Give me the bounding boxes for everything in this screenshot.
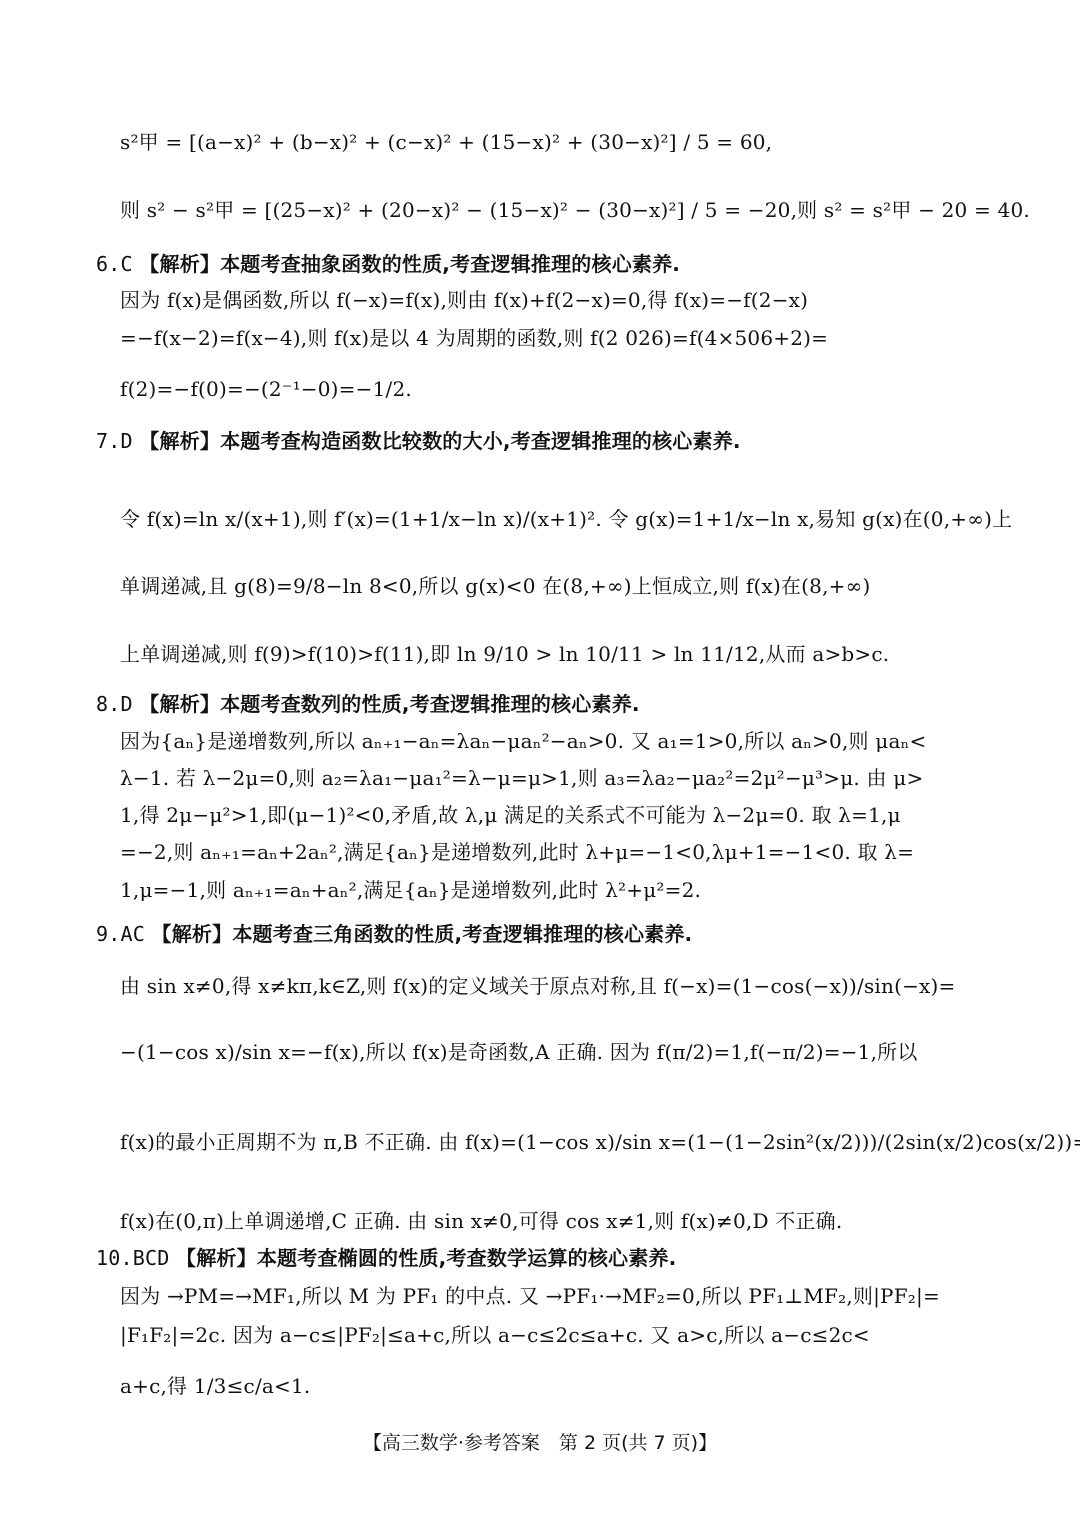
answer-7-heading: 7.D 【解析】本题考查构造函数比较数的大小,考查逻辑推理的核心素养. [96, 427, 741, 455]
answer-8-line-4: =−2,则 aₙ₊₁=aₙ+2aₙ²,满足{aₙ}是递增数列,此时 λ+μ=−1… [120, 838, 914, 866]
answer-10-line-1: 因为 →PM=→MF₁,所以 M 为 PF₁ 的中点. 又 →PF₁·→MF₂=… [120, 1282, 940, 1310]
answer-9-line-2: −(1−cos x)/sin x=−f(x),所以 f(x)是奇函数,A 正确.… [120, 1038, 918, 1066]
answer-9-line-4: f(x)在(0,π)上单调递增,C 正确. 由 sin x≠0,可得 cos x… [120, 1207, 842, 1235]
answer-8-line-2: λ−1. 若 λ−2μ=0,则 a₂=λa₁−μa₁²=λ−μ=μ>1,则 a₃… [120, 764, 923, 792]
answer-6-heading: 6.C 【解析】本题考查抽象函数的性质,考查逻辑推理的核心素养. [96, 250, 680, 278]
answer-10-heading: 10.BCD 【解析】本题考查椭圆的性质,考查数学运算的核心素养. [96, 1244, 676, 1272]
answer-8-line-5: 1,μ=−1,则 aₙ₊₁=aₙ+aₙ²,满足{aₙ}是递增数列,此时 λ²+μ… [120, 876, 701, 904]
answer-10-line-2: |F₁F₂|=2c. 因为 a−c≤|PF₂|≤a+c,所以 a−c≤2c≤a+… [120, 1321, 870, 1349]
answer-6-line-1: 因为 f(x)是偶函数,所以 f(−x)=f(x),则由 f(x)+f(2−x)… [120, 286, 808, 314]
answer-8-heading: 8.D 【解析】本题考查数列的性质,考查逻辑推理的核心素养. [96, 690, 640, 718]
answer-7-line-2: 单调递减,且 g(8)=9/8−ln 8<0,所以 g(x)<0 在(8,+∞)… [120, 572, 870, 600]
answer-6-line-2: =−f(x−2)=f(x−4),则 f(x)是以 4 为周期的函数,则 f(2 … [120, 324, 828, 352]
answer-7-line-3: 上单调递减,则 f(9)>f(10)>f(11),即 ln 9/10 > ln … [120, 640, 889, 668]
answer-7-line-1: 令 f(x)=ln x/(x+1),则 f′(x)=(1+1/x−ln x)/(… [120, 505, 1012, 533]
formula-s2-diff: 则 s² − s²甲 = [(25−x)² + (20−x)² − (15−x)… [120, 196, 1030, 224]
answer-6-line-3: f(2)=−f(0)=−(2⁻¹−0)=−1/2. [120, 375, 412, 403]
formula-s2-jia: s²甲 = [(a−x)² + (b−x)² + (c−x)² + (15−x)… [120, 128, 772, 156]
answer-key-page: s²甲 = [(a−x)² + (b−x)² + (c−x)² + (15−x)… [0, 0, 1080, 1526]
answer-8-line-3: 1,得 2μ−μ²>1,即(μ−1)²<0,矛盾,故 λ,μ 满足的关系式不可能… [120, 801, 901, 829]
answer-9-heading: 9.AC 【解析】本题考查三角函数的性质,考查逻辑推理的核心素养. [96, 920, 692, 948]
page-footer: 【高三数学·参考答案 第 2 页(共 7 页)】 [0, 1428, 1080, 1455]
answer-9-line-3: f(x)的最小正周期不为 π,B 不正确. 由 f(x)=(1−cos x)/s… [120, 1128, 1080, 1156]
answer-8-line-1: 因为{aₙ}是递增数列,所以 aₙ₊₁−aₙ=λaₙ−μaₙ²−aₙ>0. 又 … [120, 727, 926, 755]
answer-10-line-3: a+c,得 1/3≤c/a<1. [120, 1372, 310, 1400]
answer-9-line-1: 由 sin x≠0,得 x≠kπ,k∈Z,则 f(x)的定义域关于原点对称,且 … [120, 972, 956, 1000]
